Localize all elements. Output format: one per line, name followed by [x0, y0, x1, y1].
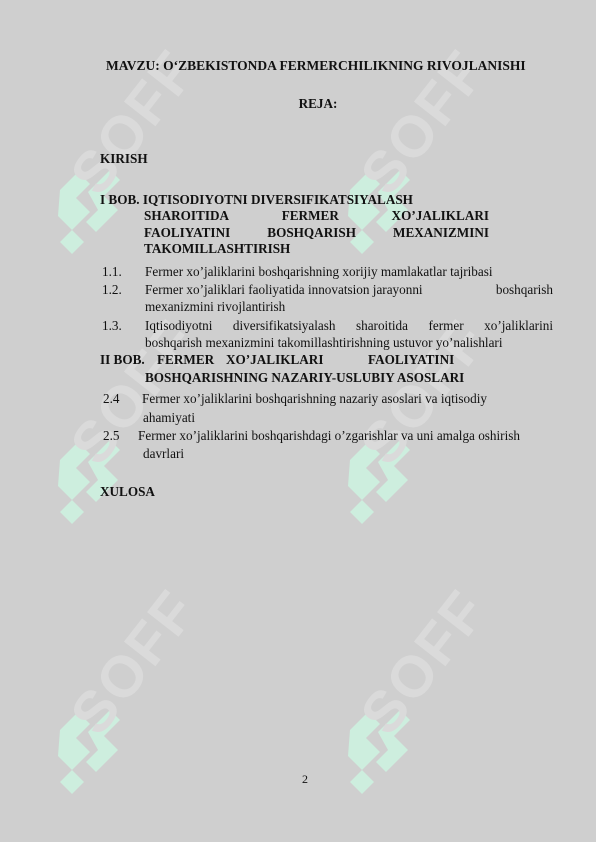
section-title: Fermer xo’jaliklarini boshqarishning naz… [142, 391, 487, 407]
chapter2-title-word: XO’JALIKLARI [226, 352, 323, 368]
section-title-part: Fermer xo’jaliklari faoliyatida innovats… [145, 282, 423, 298]
chapter1-title-word: XO’JALIKLARI [392, 208, 489, 224]
page-number: 2 [0, 772, 596, 787]
section-title: Fermer xo’jaliklarini boshqarishning xor… [145, 264, 493, 280]
chapter1-heading-line3: FAOLIYATINI BOSHQARISH MEXANIZMINI [144, 225, 489, 241]
section-number: 1.2. [102, 282, 122, 298]
section-number: 1.3. [102, 318, 122, 334]
section-title: Iqtisodiyotni diversifikatsiyalash sharo… [145, 318, 553, 334]
section-title: Fermer xo’jaliklari faoliyatida innovats… [145, 282, 553, 298]
chapter2-label: II BOB. [100, 352, 145, 368]
section-title-part: boshqarish [496, 282, 553, 298]
section-number: 1.1. [102, 264, 122, 280]
section-title-continued: boshqarish mexanizmini takomillashtirish… [145, 335, 502, 351]
chapter1-title-word: FAOLIYATINI [144, 225, 230, 241]
section-number: 2.4 [103, 391, 119, 407]
chapter1-title-word: BOSHQARISH [267, 225, 356, 241]
document-title: MAVZU: O‘ZBEKISTONDA FERMERCHILIKNING RI… [106, 58, 526, 74]
chapter1-title-line1: IQTISODIYOTNI DIVERSIFIKATSIYALASH [143, 192, 413, 207]
chapter1-heading-line4: TAKOMILLASHTIRISH [144, 241, 290, 257]
section-title: Fermer xo’jaliklarini boshqarishdagi o’z… [138, 428, 520, 444]
section-title-continued: davrlari [143, 446, 184, 462]
watermark-text: SOFF [57, 578, 210, 747]
chapter1-title-word: FERMER [282, 208, 339, 224]
chapter1-heading-line2: SHAROITIDA FERMER XO’JALIKLARI [144, 208, 489, 224]
watermark-text: SOFF [347, 578, 500, 747]
conclusion-heading: XULOSA [100, 484, 155, 500]
section-title-continued: mexanizmini rivojlantirish [145, 299, 285, 315]
section-title-continued: ahamiyati [143, 410, 195, 426]
chapter1-heading-line1: I BOB. IQTISODIYOTNI DIVERSIFIKATSIYALAS… [100, 192, 413, 208]
chapter1-label: I BOB. [100, 192, 140, 207]
chapter2-title-line2: BOSHQARISHNING NAZARIY-USLUBIY ASOSLARI [145, 370, 464, 386]
chapter1-title-word: SHAROITIDA [144, 208, 229, 224]
plan-heading: REJA: [0, 96, 596, 112]
intro-heading: KIRISH [100, 151, 148, 167]
chapter2-title-word: FERMER [157, 352, 214, 368]
chapter1-title-word: MEXANIZMINI [393, 225, 489, 241]
chapter2-title-word: FAOLIYATINI [368, 352, 454, 368]
section-number: 2.5 [103, 428, 119, 444]
